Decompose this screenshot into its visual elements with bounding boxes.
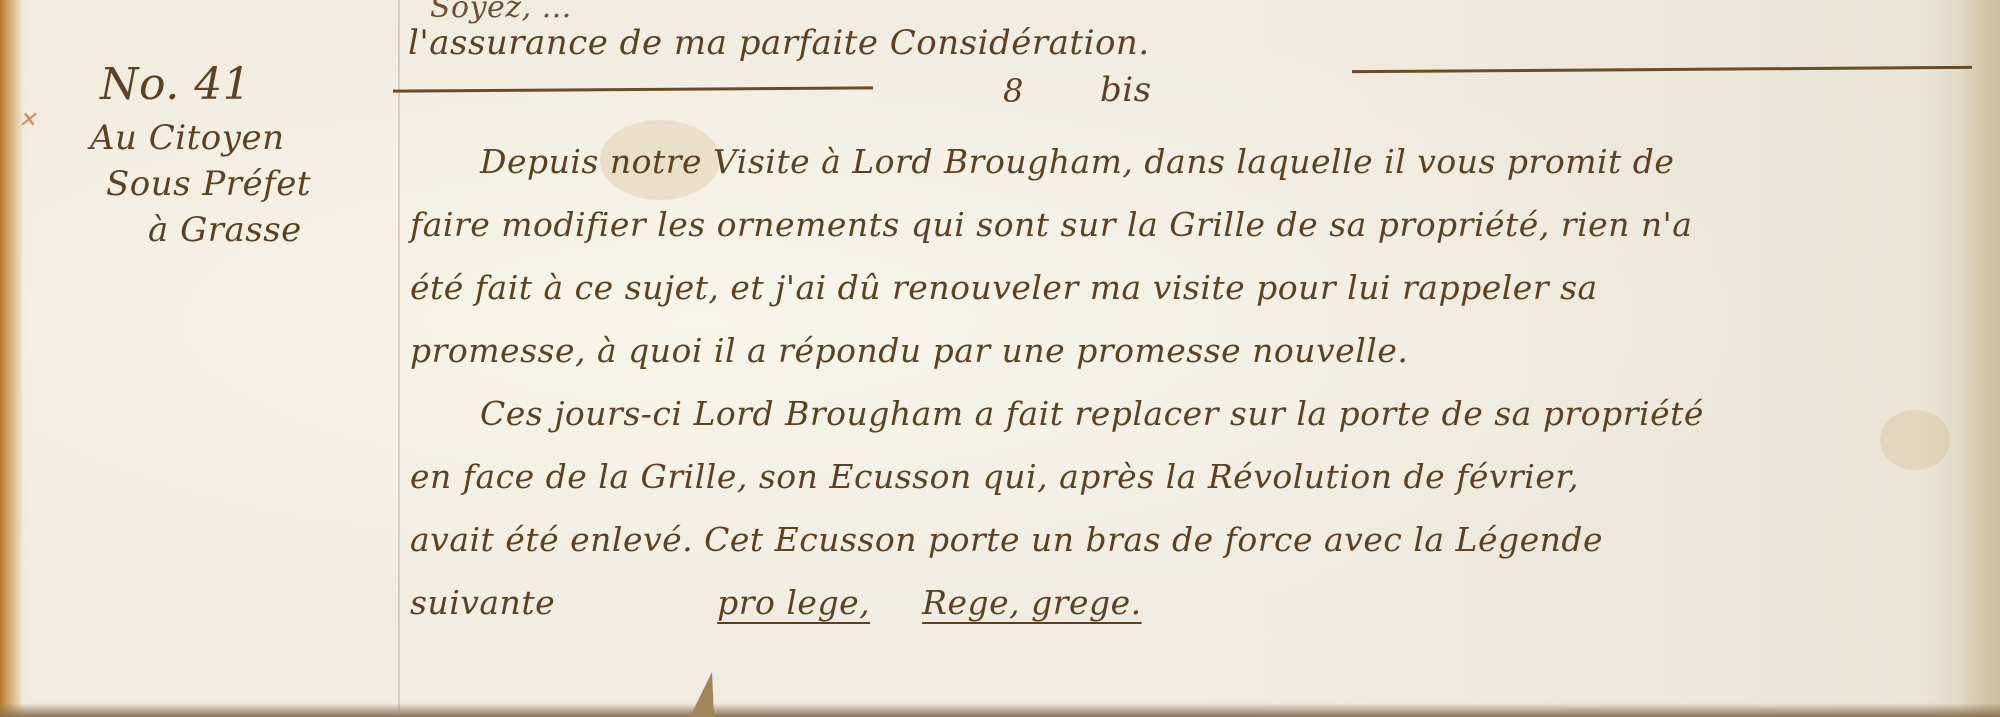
folio-suffix: bis bbox=[1100, 70, 1152, 110]
recipient-line: Au Citoyen bbox=[70, 115, 370, 161]
separator-rule-left bbox=[393, 86, 873, 92]
body-line: en face de la Grille, son Ecusson qui, a… bbox=[410, 445, 1970, 508]
letter-body: Depuis notre Visite à Lord Brougham, dan… bbox=[410, 130, 1970, 634]
page-bottom-edge bbox=[0, 703, 2000, 717]
body-line: été fait à ce sujet, et j'ai dû renouvel… bbox=[410, 256, 1970, 319]
recipient-line: à Grasse bbox=[70, 207, 370, 253]
folio-number: 8 bbox=[1003, 72, 1024, 110]
entry-number: No. 41 bbox=[70, 55, 370, 115]
closing-partial-line: Soyez, ... bbox=[400, 0, 1400, 20]
legend-part-1: pro lege, bbox=[717, 583, 870, 622]
body-line: faire modifier les ornements qui sont su… bbox=[410, 193, 1970, 256]
body-line: Depuis notre Visite à Lord Brougham, dan… bbox=[410, 130, 1970, 193]
body-line-legend: suivante pro lege, Rege, grege. bbox=[410, 571, 1970, 634]
red-pencil-mark: ✕ bbox=[18, 108, 36, 133]
legend-intro: suivante bbox=[410, 583, 555, 622]
previous-letter-closing: Soyez, ... l'assurance de ma parfaite Co… bbox=[400, 0, 1400, 66]
body-line: avait été enlevé. Cet Ecusson porte un b… bbox=[410, 508, 1970, 571]
body-line: Ces jours-ci Lord Brougham a fait replac… bbox=[410, 382, 1970, 445]
closing-line: l'assurance de ma parfaite Considération… bbox=[400, 20, 1400, 66]
separator-rule-right bbox=[1352, 66, 1972, 73]
body-line: promesse, à quoi il a répondu par une pr… bbox=[410, 319, 1970, 382]
margin-rule bbox=[398, 0, 400, 717]
recipient-line: Sous Préfet bbox=[70, 161, 370, 207]
manuscript-page: ✕ No. 41 Au Citoyen Sous Préfet à Grasse… bbox=[0, 0, 2000, 717]
legend-part-2: Rege, grege. bbox=[922, 583, 1142, 622]
margin-annotation: No. 41 Au Citoyen Sous Préfet à Grasse bbox=[70, 55, 370, 253]
ink-blot bbox=[690, 672, 714, 717]
